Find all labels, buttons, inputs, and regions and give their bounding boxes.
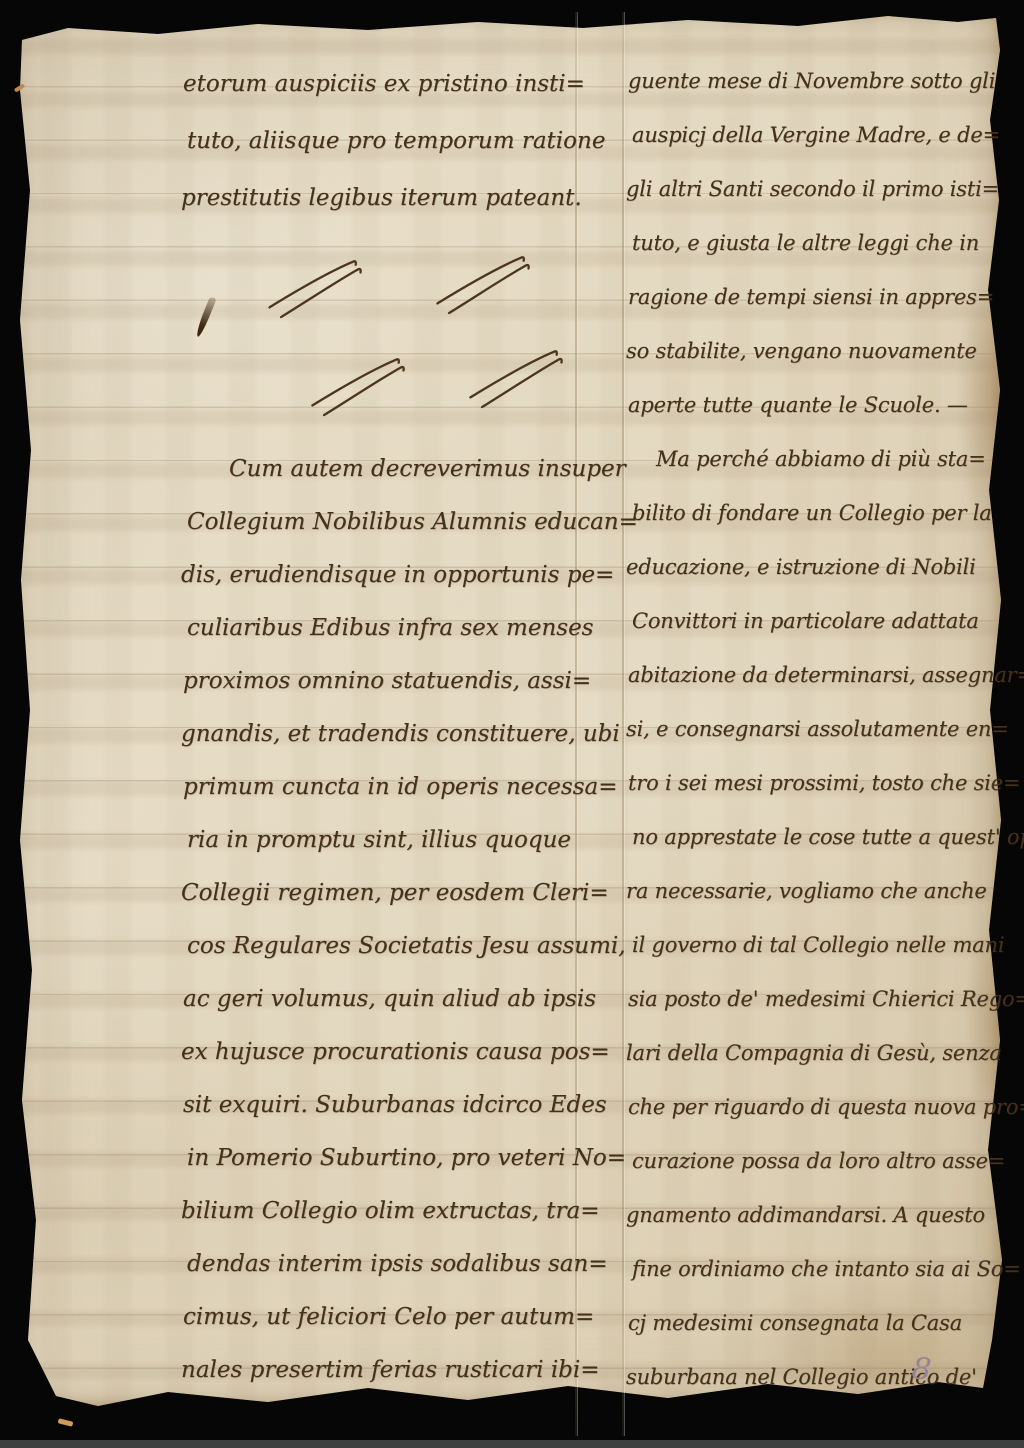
section-separator <box>183 227 615 443</box>
latin-paragraph-1: etorum auspiciis ex pristino insti=tuto,… <box>183 56 615 227</box>
manuscript-line: cimus, ut feliciori Celo per autum= <box>183 1291 615 1344</box>
manuscript-line: prestitutis legibus iterum pateant. <box>181 170 615 227</box>
manuscript-line: bilium Collegio olim extructas, tra= <box>181 1185 615 1238</box>
manuscript-line: Ma perché abbiamo di più sta= <box>628 432 1020 486</box>
manuscript-line: tuto, e giusta le altre leggi che in <box>632 216 1020 270</box>
manuscript-line: che per riguardo di questa nuova pro= <box>628 1080 1020 1134</box>
binding-thread <box>58 1418 74 1426</box>
manuscript-line: dendas interim ipsis sodalibus san= <box>187 1238 615 1291</box>
manuscript-line: so stabilite, vengano nuovamente <box>626 324 1020 378</box>
manuscript-line: gnamento addimandarsi. A questo <box>626 1188 1020 1242</box>
manuscript-line: abitazione da determinarsi, assegnar= <box>628 648 1020 702</box>
vertical-fold-line-right <box>622 12 624 1436</box>
manuscript-line: Cum autem decreverimus insuper <box>183 443 615 496</box>
page-number: 8 <box>910 1351 933 1388</box>
manuscript-line: ria in promptu sint, illius quoque <box>187 814 615 867</box>
scan-bottom-strip <box>0 1440 1024 1448</box>
manuscript-line: ac geri volumus, quin aliud ab ipsis <box>183 973 615 1026</box>
manuscript-line: gli altri Santi secondo il primo isti= <box>626 162 1020 216</box>
fold-highlight <box>624 12 625 1436</box>
manuscript-line: tuto, aliisque pro temporum ratione <box>187 113 615 170</box>
manuscript-line: bilito di fondare un Collegio per la <box>632 486 1020 540</box>
manuscript-line: ra necessarie, vogliamo che anche <box>626 864 1020 918</box>
manuscript-line: sia posto de' medesimi Chierici Rego= <box>628 972 1020 1026</box>
manuscript-line: no apprestate le cose tutte a quest' ope… <box>632 810 1020 864</box>
double-slash-mark <box>433 253 531 315</box>
manuscript-line: cj medesimi consegnata la Casa <box>628 1296 1020 1350</box>
manuscript-line: ragione de tempi siensi in appres= <box>628 270 1020 324</box>
manuscript-line: auspicj della Vergine Madre, e de= <box>632 108 1020 162</box>
manuscript-line: il governo di tal Collegio nelle mani <box>632 918 1020 972</box>
manuscript-line: suburbana nel Collegio antico de' <box>626 1350 1020 1404</box>
manuscript-line: lari della Compagnia di Gesù, senza <box>626 1026 1020 1080</box>
manuscript-line: in Pomerio Suburtino, pro veteri No= <box>187 1132 615 1185</box>
manuscript-line: si, e consegnarsi assolutamente en= <box>626 702 1020 756</box>
latin-paragraph-2: Cum autem decreverimus insuperCollegium … <box>183 443 615 1397</box>
manuscript-line: curazione possa da loro altro asse= <box>632 1134 1020 1188</box>
manuscript-line: culiaribus Edibus infra sex menses <box>187 602 615 655</box>
double-slash-mark <box>308 355 406 417</box>
photo-backdrop: etorum auspiciis ex pristino insti=tuto,… <box>0 0 1024 1448</box>
italian-column: guente mese di Novembre sotto gliauspicj… <box>628 54 1020 1404</box>
manuscript-line: ex hujusce procurationis causa pos= <box>181 1026 615 1079</box>
manuscript-line: etorum auspiciis ex pristino insti= <box>183 56 615 113</box>
manuscript-line: aperte tutte quante le Scuole. — <box>628 378 1020 432</box>
manuscript-line: proximos omnino statuendis, assi= <box>183 655 615 708</box>
manuscript-line: educazione, e istruzione di Nobili <box>626 540 1020 594</box>
double-slash-mark <box>265 257 363 319</box>
latin-column: etorum auspiciis ex pristino insti=tuto,… <box>183 56 615 1397</box>
manuscript-line: tro i sei mesi prossimi, tosto che sie= <box>628 756 1020 810</box>
manuscript-line: Collegium Nobilibus Alumnis educan= <box>187 496 615 549</box>
manuscript-line: sit exquiri. Suburbanas idcirco Edes <box>183 1079 615 1132</box>
manuscript-line: gnandis, et tradendis constituere, ubi <box>181 708 615 761</box>
manuscript-line: Collegii regimen, per eosdem Cleri= <box>181 867 615 920</box>
italian-paragraph-2: Ma perché abbiamo di più sta=bilito di f… <box>628 432 1020 1404</box>
italian-paragraph-1: guente mese di Novembre sotto gliauspicj… <box>628 54 1020 432</box>
manuscript-line: dis, erudiendisque in opportunis pe= <box>181 549 615 602</box>
double-slash-mark <box>466 347 564 409</box>
manuscript-line: cos Regulares Societatis Jesu assumi, <box>187 920 615 973</box>
manuscript-line: nales presertim ferias rusticari ibi= <box>181 1344 615 1397</box>
manuscript-line: fine ordiniamo che intanto sia ai So= <box>632 1242 1020 1296</box>
manuscript-line: Convittori in particolare adattata <box>632 594 1020 648</box>
manuscript-line: primum cuncta in id operis necessa= <box>183 761 615 814</box>
manuscript-line: guente mese di Novembre sotto gli <box>628 54 1020 108</box>
